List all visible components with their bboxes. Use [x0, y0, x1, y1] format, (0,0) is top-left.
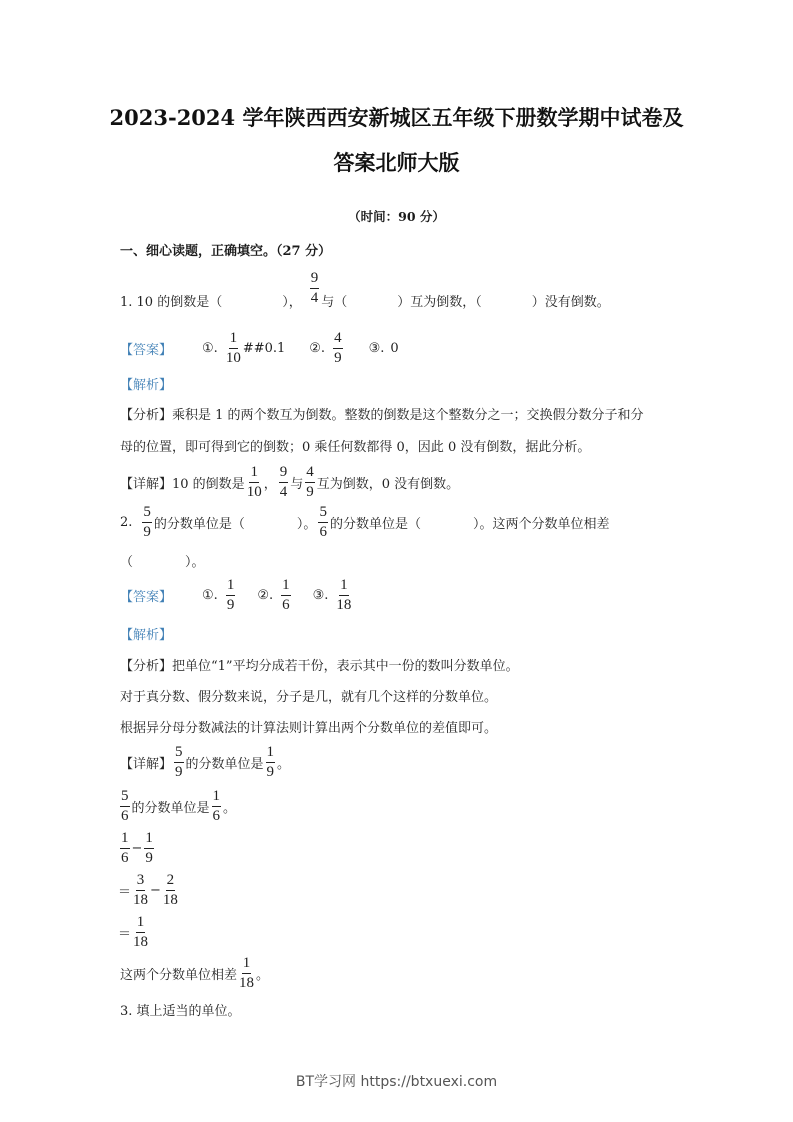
equals-sign: ＝	[118, 923, 131, 942]
fraction: 94	[279, 465, 289, 500]
fraction: 318	[133, 873, 148, 908]
analysis-text: 根据异分母分数减法的计算法则计算出两个分数单位的差值即可。	[120, 717, 497, 736]
analysis-tag: 【解析】	[120, 374, 172, 393]
fraction: 19	[226, 578, 236, 613]
detail-text: 的分数单位是	[132, 797, 210, 816]
answer-tag: 【答案】	[120, 586, 172, 605]
equals-sign: ＝	[118, 881, 131, 900]
document-title-line2: 答案北师大版	[0, 147, 793, 177]
fraction: 16	[281, 578, 291, 613]
fraction: 16	[120, 831, 130, 866]
fraction: 94	[310, 271, 320, 306]
conclusion-text: 这两个分数单位相差	[120, 964, 237, 983]
analysis-text: 对于真分数、假分数来说，分子是几，就有几个这样的分数单位。	[120, 686, 497, 705]
punct: ，	[264, 473, 277, 492]
fraction: 110	[247, 465, 262, 500]
punct: 。	[277, 753, 290, 772]
fraction: 218	[163, 873, 178, 908]
time-note: （时间：90 分）	[0, 207, 793, 225]
detail: 【详解】10 的倒数是 110 ， 94 与 49 互为倒数，0 没有倒数。	[120, 462, 459, 502]
analysis-tag: 【解析】	[120, 624, 172, 643]
calc-step-3: ＝ 118	[118, 912, 150, 952]
analysis-text: 【分析】把单位“1”平均分成若干份，表示其中一份的数叫分数单位。	[120, 655, 519, 674]
conclusion: 这两个分数单位相差 118 。	[120, 953, 269, 993]
fraction: 56	[318, 505, 328, 540]
punct: 。	[223, 797, 236, 816]
q2-close1: ）。	[297, 513, 317, 532]
q2-close2: ）。这两个分数单位相差	[473, 513, 610, 532]
paren-open: （	[120, 551, 133, 570]
answer-tag: 【答案】	[120, 339, 172, 358]
q2-line2: （ ）。	[120, 551, 205, 570]
q2-answer: 【答案】 ①. 19 ②. 16 ③. 118	[120, 575, 353, 615]
question-1: 1. 10 的倒数是（ ）， 94 与（ ）互为倒数，（ ）没有倒数。	[120, 270, 610, 330]
answer-mark-1: ①.	[202, 588, 218, 603]
fraction: 118	[239, 956, 254, 991]
paren-close: ）。	[185, 551, 205, 570]
analysis-text: 【分析】乘积是 1 的两个数互为倒数。整数的倒数是这个整数分之一；交换假分数分子…	[120, 404, 644, 423]
punct: 。	[256, 964, 269, 983]
q1-end: ）没有倒数。	[532, 291, 610, 310]
detail-with: 与	[290, 473, 303, 492]
q2-text2: 的分数单位是（	[330, 513, 421, 532]
detail-prefix: 【详解】	[120, 753, 172, 772]
fraction: 19	[144, 831, 154, 866]
detail-line1: 【详解】 59 的分数单位是 19 。	[120, 742, 290, 782]
q1-mid: 与（	[321, 291, 347, 310]
q2-prefix: 2.	[120, 515, 132, 530]
answer-mark-2: ②.	[309, 341, 325, 356]
detail-line2: 56 的分数单位是 16 。	[118, 786, 236, 826]
fraction: 56	[120, 789, 130, 824]
detail-end: 互为倒数，0 没有倒数。	[317, 473, 459, 492]
detail-prefix: 【详解】10 的倒数是	[120, 473, 245, 492]
fraction: 118	[336, 578, 351, 613]
fraction: 59	[142, 505, 152, 540]
answer-mark-3: ③.	[313, 588, 329, 603]
document-title-line1: 2023-2024 学年陕西西安新城区五年级下册数学期中试卷及	[0, 102, 793, 132]
minus-sign: −	[132, 841, 143, 856]
fraction: 59	[174, 745, 184, 780]
question-3: 3. 填上适当的单位。	[120, 1000, 241, 1019]
calc-step-2: ＝ 318 − 218	[118, 870, 180, 910]
answer-alt: ##0.1	[243, 341, 285, 356]
answer-mark-2: ②.	[257, 588, 273, 603]
q1-prefix: 1. 10 的倒数是（	[120, 291, 222, 310]
calc-step-1: 16 − 19	[118, 828, 156, 868]
analysis-text: 母的位置，即可得到它的倒数；0 乘任何数都得 0，因此 0 没有倒数，据此分析。	[120, 436, 590, 455]
detail-text: 的分数单位是	[186, 753, 264, 772]
q1-paren2: ）互为倒数，（	[397, 291, 482, 310]
q1-paren-close: ），	[282, 291, 302, 310]
answer-mark-3: ③.	[369, 341, 385, 356]
footer-watermark: BT学习网 https://btxuexi.com	[0, 1071, 793, 1091]
fraction: 118	[133, 915, 148, 950]
fraction: 16	[212, 789, 222, 824]
fraction: 110	[226, 331, 241, 366]
question-2: 2. 59 的分数单位是（ ）。 56 的分数单位是（ ）。这两个分数单位相差	[120, 502, 609, 542]
q1-answer: 【答案】 ①. 110 ##0.1 ②. 49 ③. 0	[120, 328, 399, 368]
fraction: 19	[266, 745, 276, 780]
minus-sign: −	[150, 883, 161, 898]
answer-value: 0	[390, 341, 398, 356]
q2-text1: 的分数单位是（	[154, 513, 245, 532]
fraction: 49	[333, 331, 343, 366]
answer-mark-1: ①.	[202, 341, 218, 356]
fraction: 49	[305, 465, 315, 500]
section-heading: 一、细心读题，正确填空。（27 分）	[120, 240, 331, 259]
